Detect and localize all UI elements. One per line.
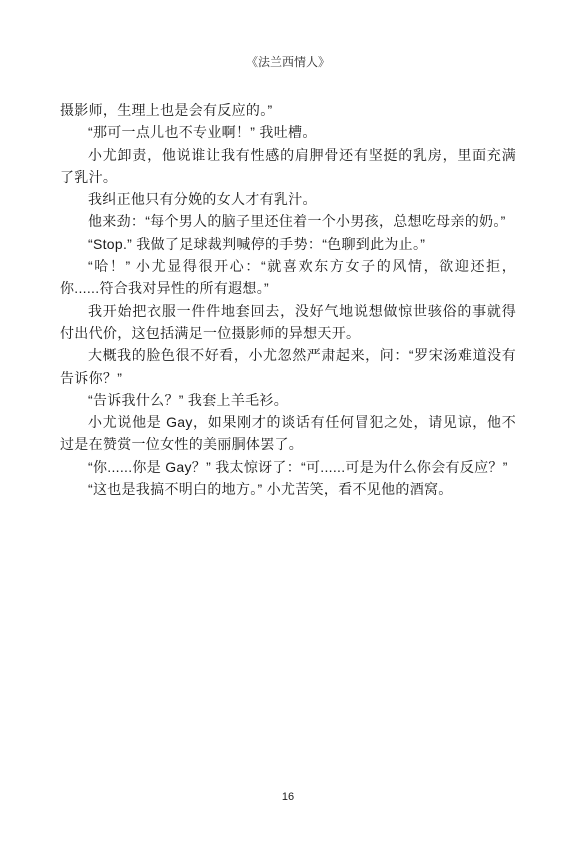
document-page: 《法兰西情人》 摄影师，生理上也是会有反应的。”“那可一点儿也不专业啊！” 我吐… <box>0 0 576 864</box>
paragraph: 他来劲：“每个男人的脑子里还住着一个小男孩，总想吃母亲的奶。” <box>60 210 516 232</box>
page-number: 16 <box>282 791 294 803</box>
paragraph: “哈！” 小尤显得很开心：“就喜欢东方女子的风情，欲迎还拒，你......符合我… <box>60 255 516 300</box>
paragraph: “告诉我什么？” 我套上羊毛衫。 <box>60 389 516 411</box>
paragraph: “这也是我搞不明白的地方。” 小尤苦笑，看不见他的酒窝。 <box>60 478 516 500</box>
paragraph: 大概我的脸色很不好看，小尤忽然严肃起来，问：“罗宋汤难道没有告诉你？” <box>60 344 516 389</box>
paragraph: “你......你是 Gay？” 我太惊讶了：“可......可是为什么你会有反… <box>60 456 516 478</box>
paragraph: “Stop.” 我做了足球裁判喊停的手势：“色聊到此为止。” <box>60 233 516 255</box>
paragraph: 小尤卸责，他说谁让我有性感的肩胛骨还有坚挺的乳房，里面充满了乳汁。 <box>60 144 516 189</box>
book-title: 《法兰西情人》 <box>246 55 330 69</box>
paragraph: 我纠正他只有分娩的女人才有乳汁。 <box>60 188 516 210</box>
paragraph: 小尤说他是 Gay，如果刚才的谈话有任何冒犯之处，请见谅，他不过是在赞赏一位女性… <box>60 411 516 456</box>
paragraph: 我开始把衣服一件件地套回去，没好气地说想做惊世骇俗的事就得付出代价，这包括满足一… <box>60 300 516 345</box>
page-footer: 16 <box>0 790 576 804</box>
paragraph: 摄影师，生理上也是会有反应的。” <box>60 99 516 121</box>
page-header: 《法兰西情人》 <box>0 54 576 70</box>
paragraph: “那可一点儿也不专业啊！” 我吐槽。 <box>60 121 516 143</box>
page-body: 摄影师，生理上也是会有反应的。”“那可一点儿也不专业啊！” 我吐槽。小尤卸责，他… <box>60 99 516 500</box>
